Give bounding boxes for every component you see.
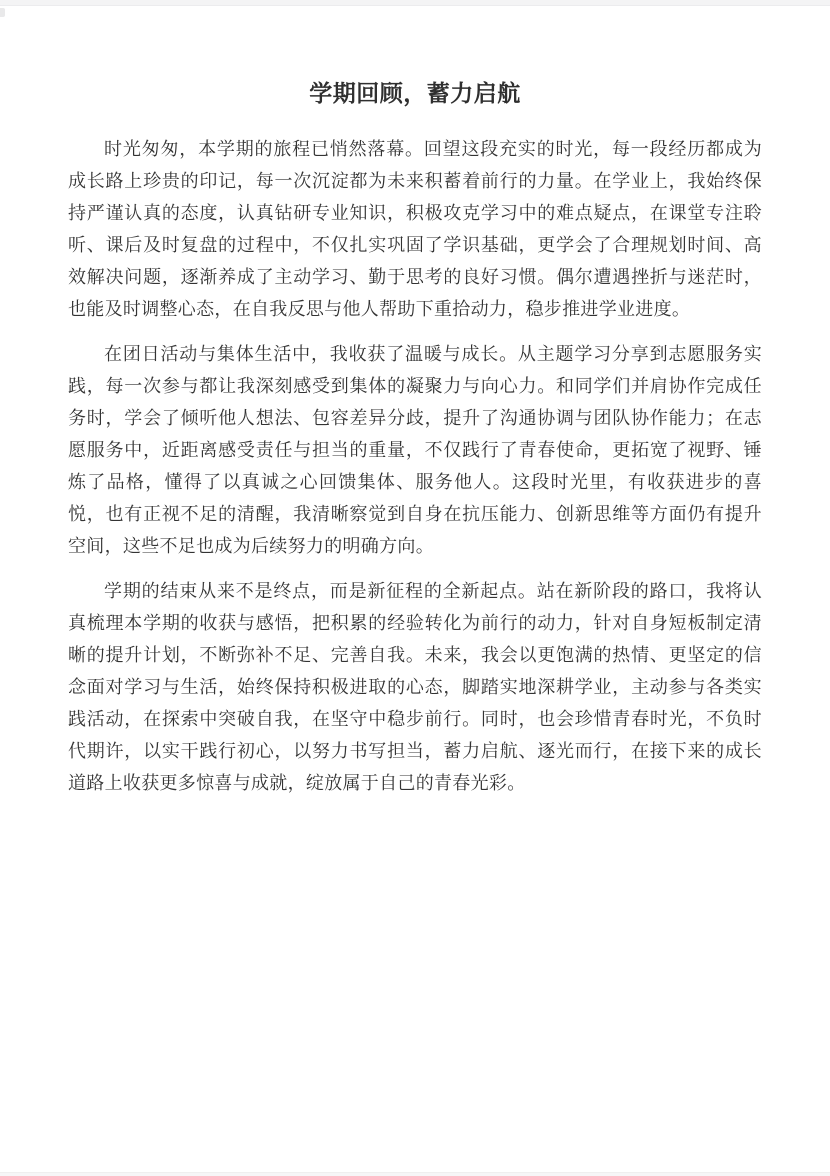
document-title: 学期回顾，蓄力启航 bbox=[68, 78, 762, 108]
document-content: 学期回顾，蓄力启航 时光匆匆，本学期的旅程已悄然落幕。回望这段充实的时光，每一段… bbox=[68, 78, 762, 799]
page-left-edge-mark bbox=[0, 8, 5, 17]
page-bottom-edge bbox=[0, 1172, 830, 1176]
paragraph-3: 学期的结束从来不是终点，而是新征程的全新起点。站在新阶段的路口，我将认真梳理本学… bbox=[68, 575, 762, 799]
page-top-edge bbox=[0, 0, 830, 6]
paragraph-1: 时光匆匆，本学期的旅程已悄然落幕。回望这段充实的时光，每一段经历都成为成长路上珍… bbox=[68, 133, 762, 325]
paragraph-2: 在团日活动与集体生活中，我收获了温暖与成长。从主题学习分享到志愿服务实践，每一次… bbox=[68, 338, 762, 562]
document-page: 学期回顾，蓄力启航 时光匆匆，本学期的旅程已悄然落幕。回望这段充实的时光，每一段… bbox=[0, 0, 830, 1176]
